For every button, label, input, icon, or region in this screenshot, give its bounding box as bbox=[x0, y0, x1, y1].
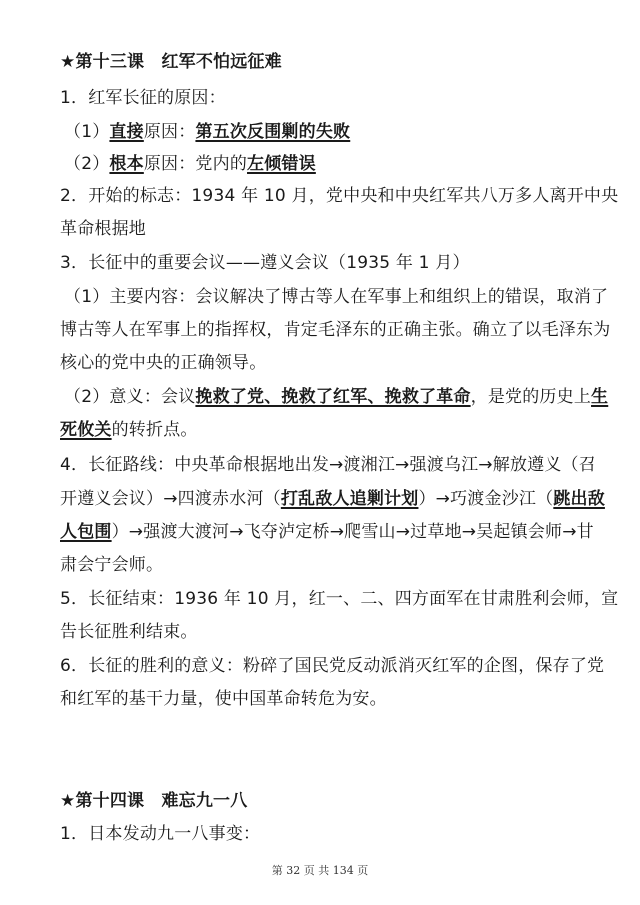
section-6-line-1: 6．长征的胜利的意义：粉碎了国民党反动派消灭红军的企图，保存了党 bbox=[60, 654, 604, 678]
text: （1） bbox=[64, 122, 109, 142]
key-term: 死攸关 bbox=[60, 420, 112, 440]
text: （2） bbox=[64, 154, 109, 174]
key-term: 生 bbox=[591, 387, 608, 407]
section-5-line-1: 5．长征结束：1936 年 10 月，红一、二、四方面军在甘肃胜利会师，宣 bbox=[60, 587, 618, 611]
section-4-line-2: 开遵义会议）→四渡赤水河（打乱敌人追剿计划）→巧渡金沙江（跳出敌 bbox=[60, 487, 605, 511]
section-3-2-line-2: 死攸关的转折点。 bbox=[60, 418, 198, 442]
section-3-1-line-1: （1）主要内容：会议解决了博古等人在军事上和组织上的错误，取消了 bbox=[64, 285, 608, 309]
text: ，是党的历史上 bbox=[471, 387, 591, 407]
lesson-14-section-1: 1．日本发动九一八事变： bbox=[60, 822, 260, 846]
section-5-line-2: 告长征胜利结束。 bbox=[60, 620, 198, 644]
text: 的转折点。 bbox=[112, 420, 198, 440]
section-2-line-2: 革命根据地 bbox=[60, 217, 146, 241]
key-term: 直接 bbox=[109, 122, 143, 142]
section-2-line-1: 2．开始的标志：1934 年 10 月，党中央和中央红军共八万多人离开中央 bbox=[60, 184, 618, 208]
text: 原因： bbox=[144, 122, 196, 142]
section-4-line-3: 人包围）→强渡大渡河→飞夺泸定桥→爬雪山→过草地→吴起镇会师→甘 bbox=[60, 520, 594, 544]
key-term: 挽救了党、挽救了红军、挽救了革命 bbox=[195, 387, 470, 407]
text: ）→巧渡金沙江（ bbox=[418, 489, 553, 509]
text: 开遵义会议）→四渡赤水河（ bbox=[60, 489, 281, 509]
text: （2）意义：会议 bbox=[64, 387, 195, 407]
page-number: 第 32 页 共 134 页 bbox=[0, 862, 640, 878]
section-4-line-1: 4．长征路线：中央革命根据地出发→渡湘江→强渡乌江→解放遵义（召 bbox=[60, 453, 596, 477]
root-cause: （2）根本原因：党内的左倾错误 bbox=[64, 152, 316, 176]
lesson-14-title: ★第十四课 难忘九一八 bbox=[60, 789, 247, 813]
key-term: 人包围 bbox=[60, 522, 112, 542]
section-4-line-4: 肃会宁会师。 bbox=[60, 553, 163, 577]
section-3-1-line-3: 核心的党中央的正确领导。 bbox=[60, 351, 266, 375]
text: ）→强渡大渡河→飞夺泸定桥→爬雪山→过草地→吴起镇会师→甘 bbox=[112, 522, 594, 542]
text: 原因：党内的 bbox=[144, 154, 247, 174]
direct-cause: （1）直接原因：第五次反围剿的失败 bbox=[64, 120, 350, 144]
key-term: 打乱敌人追剿计划 bbox=[281, 489, 419, 509]
key-term: 跳出敌 bbox=[553, 489, 605, 509]
section-3-2-line-1: （2）意义：会议挽救了党、挽救了红军、挽救了革命，是党的历史上生 bbox=[64, 385, 608, 409]
section-1-heading: 1．红军长征的原因： bbox=[60, 86, 226, 110]
section-3-heading: 3．长征中的重要会议——遵义会议（1935 年 1 月） bbox=[60, 251, 470, 275]
section-3-1-line-2: 博古等人在军事上的指挥权，肯定毛泽东的正确主张。确立了以毛泽东为 bbox=[60, 318, 610, 342]
section-6-line-2: 和红军的基干力量，使中国革命转危为安。 bbox=[60, 687, 387, 711]
key-term: 左倾错误 bbox=[247, 154, 316, 174]
key-term: 根本 bbox=[109, 154, 143, 174]
key-term: 第五次反围剿的失败 bbox=[195, 122, 350, 142]
lesson-13-title: ★第十三课 红军不怕远征难 bbox=[60, 50, 282, 74]
